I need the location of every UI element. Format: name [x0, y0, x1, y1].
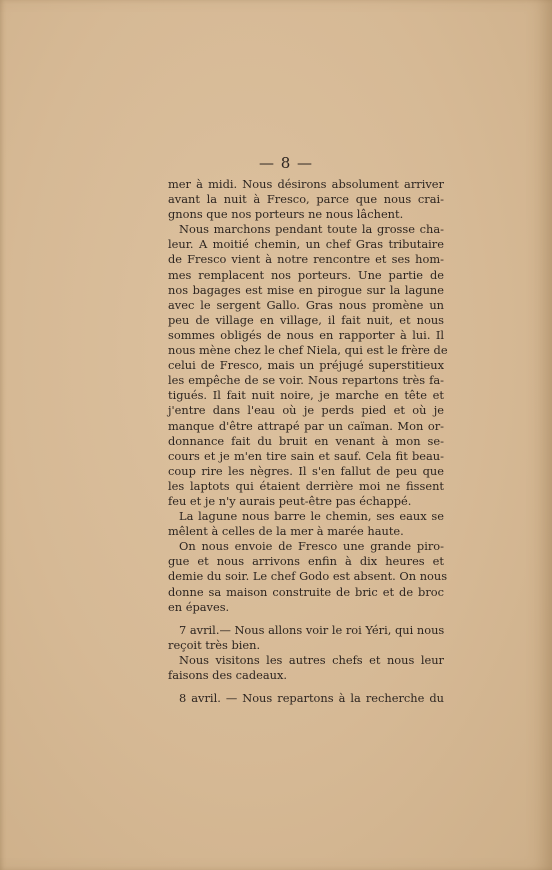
text-line: mes remplacent nos porteurs. Une partie …	[168, 268, 444, 283]
text-line: 7 avril.— Nous allons voir le roi Yéri, …	[168, 623, 444, 638]
paragraph: On nous envoie de Fresco une grande piro…	[168, 539, 444, 614]
text-line: feu et je n'y aurais peut-être pas échap…	[168, 494, 444, 509]
paragraph: mer à midi. Nous désirons absolument arr…	[168, 177, 444, 222]
text-line: manque d'être attrapé par un caïman. Mon…	[168, 419, 444, 434]
paragraph-dated-entry: 8 avril. — Nous repartons à la recherche…	[168, 691, 444, 706]
text-line: mer à midi. Nous désirons absolument arr…	[168, 177, 444, 192]
text-line: donne sa maison construite de bric et de…	[168, 585, 444, 600]
text-line: avant la nuit à Fresco, parce que nous c…	[168, 192, 444, 207]
text-line: gue et nous arrivons enfin à dix heures …	[168, 554, 444, 569]
text-line: nos bagages est mise en pirogue sur la l…	[168, 283, 444, 298]
paragraph-dated-entry: 7 avril.— Nous allons voir le roi Yéri, …	[168, 623, 444, 653]
text-line: sommes obligés de nous en rapporter à lu…	[168, 328, 444, 343]
text-line: mêlent à celles de la mer à marée haute.	[168, 524, 444, 539]
text-line: Nous visitons les autres chefs et nous l…	[168, 653, 444, 668]
text-line: reçoit très bien.	[168, 638, 444, 653]
text-line: celui de Fresco, mais un préjugé superst…	[168, 358, 444, 373]
text-line: coup rire les nègres. Il s'en fallut de …	[168, 464, 444, 479]
paragraph: Nous marchons pendant toute la grosse ch…	[168, 222, 444, 509]
text-line: donnance fait du bruit en venant à mon s…	[168, 434, 444, 449]
text-line: les empêche de se voir. Nous repartons t…	[168, 373, 444, 388]
paragraph: Nous visitons les autres chefs et nous l…	[168, 653, 444, 683]
text-line: les laptots qui étaient derrière moi ne …	[168, 479, 444, 494]
text-line: leur. A moitié chemin, un chef Gras trib…	[168, 237, 444, 252]
book-page: — 8 — mer à midi. Nous désirons absolume…	[0, 0, 552, 870]
body-text: mer à midi. Nous désirons absolument arr…	[168, 177, 444, 706]
text-line: On nous envoie de Fresco une grande piro…	[168, 539, 444, 554]
text-line: cours et je m'en tire sain et sauf. Cela…	[168, 449, 444, 464]
text-line: peu de village en village, il fait nuit,…	[168, 313, 444, 328]
text-line: nous mène chez le chef Niela, qui est le…	[168, 343, 444, 358]
text-line: tigués. Il fait nuit noire, je marche en…	[168, 388, 444, 403]
text-line: faisons des cadeaux.	[168, 668, 444, 683]
text-line: j'entre dans l'eau où je perds pied et o…	[168, 403, 444, 418]
text-line: 8 avril. — Nous repartons à la recherche…	[168, 691, 444, 706]
text-line: avec le sergent Gallo. Gras nous promène…	[168, 298, 444, 313]
text-line: La lagune nous barre le chemin, ses eaux…	[168, 509, 444, 524]
text-line: Nous marchons pendant toute la grosse ch…	[168, 222, 444, 237]
page-number: — 8 —	[0, 154, 552, 172]
text-line: demie du soir. Le chef Godo est absent. …	[168, 569, 444, 584]
paragraph: La lagune nous barre le chemin, ses eaux…	[168, 509, 444, 539]
text-line: en épaves.	[168, 600, 444, 615]
text-line: de Fresco vient à notre rencontre et ses…	[168, 252, 444, 267]
text-line: gnons que nos porteurs ne nous lâchent.	[168, 207, 444, 222]
